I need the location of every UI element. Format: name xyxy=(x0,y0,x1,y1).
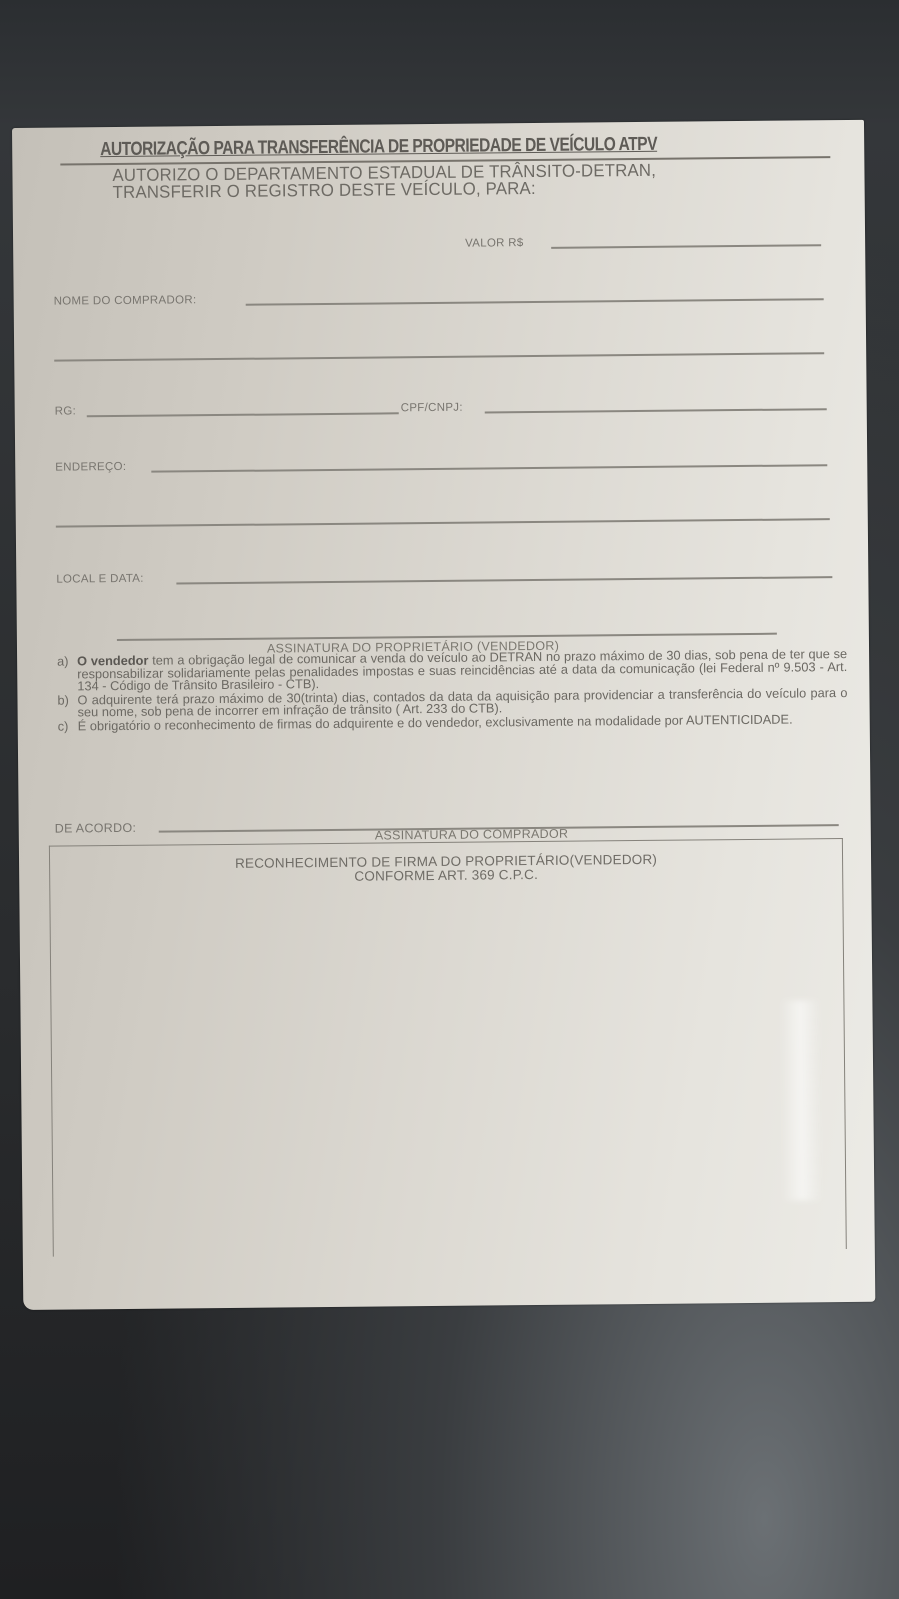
note-marker: c) xyxy=(58,720,78,733)
authorization-statement: AUTORIZO O DEPARTAMENTO ESTADUAL DE TRÂN… xyxy=(112,162,656,201)
valor-label: VALOR R$ xyxy=(465,237,524,250)
notary-box-title: RECONHECIMENTO DE FIRMA DO PROPRIETÁRIO(… xyxy=(50,851,842,887)
paper-wear-mark xyxy=(780,1000,822,1200)
nome-comprador-field-continued[interactable] xyxy=(54,352,824,361)
atpv-form: AUTORIZAÇÃO PARA TRANSFERÊNCIA DE PROPRI… xyxy=(12,120,875,1310)
valor-field[interactable] xyxy=(551,244,821,248)
nome-comprador-field[interactable] xyxy=(246,298,824,305)
cpf-cnpj-label: CPF/CNPJ: xyxy=(401,402,463,415)
endereco-label: ENDEREÇO: xyxy=(55,461,126,474)
rg-field[interactable] xyxy=(87,412,399,417)
local-data-label: LOCAL E DATA: xyxy=(56,573,144,586)
local-data-field[interactable] xyxy=(176,576,832,584)
form-title: AUTORIZAÇÃO PARA TRANSFERÊNCIA DE PROPRI… xyxy=(100,134,657,161)
intro-line-2: TRANSFERIR O REGISTRO DESTE VEÍCULO, PAR… xyxy=(113,179,657,201)
nome-comprador-label: NOME DO COMPRADOR: xyxy=(54,294,197,307)
notary-recognition-box: RECONHECIMENTO DE FIRMA DO PROPRIETÁRIO(… xyxy=(49,838,847,1257)
cpf-cnpj-field[interactable] xyxy=(485,408,827,413)
de-acordo-label: DE ACORDO: xyxy=(55,821,137,836)
rg-label: RG: xyxy=(55,405,76,417)
note-marker: b) xyxy=(57,694,77,719)
endereco-field-continued[interactable] xyxy=(56,518,830,527)
legal-notes: a) O vendedor tem a obrigação legal de c… xyxy=(57,648,848,734)
note-marker: a) xyxy=(57,655,77,693)
endereco-field[interactable] xyxy=(151,464,827,472)
